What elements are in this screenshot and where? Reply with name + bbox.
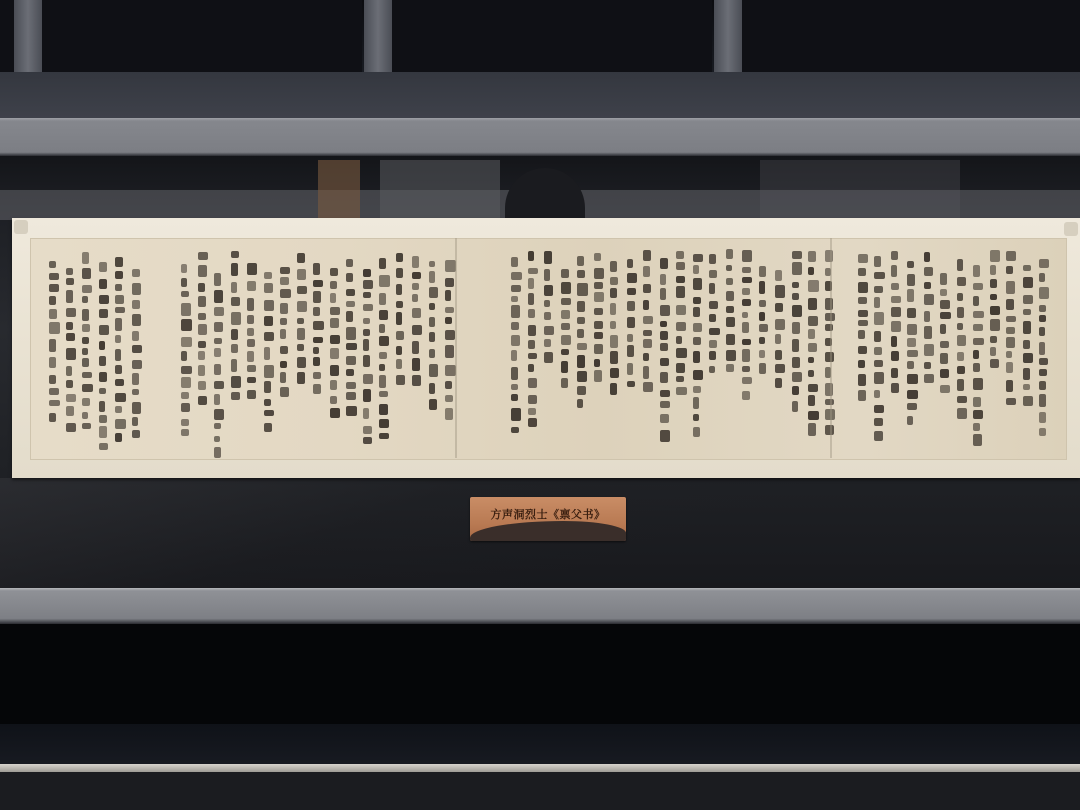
- upper-recess: [0, 0, 14, 72]
- lower-cabinet: [0, 624, 1080, 724]
- sheet-seam: [455, 238, 457, 458]
- seal-mark: [1064, 222, 1078, 236]
- upper-recess: [742, 0, 1080, 72]
- plaque-wave-decoration: [470, 521, 626, 541]
- exhibit-label-text: 方声洞烈士《禀父书》: [470, 506, 626, 522]
- letter-paper: [30, 238, 1067, 460]
- floor: [0, 772, 1080, 810]
- upper-recess: [392, 0, 712, 72]
- upper-shelf: [0, 72, 1080, 118]
- seal-mark: [14, 220, 28, 234]
- exhibit-label-plaque: 方声洞烈士《禀父书》: [470, 497, 626, 541]
- base-trim: [0, 764, 1080, 772]
- glass-reflection: [760, 160, 960, 220]
- lower-shelf: [0, 724, 1080, 764]
- bottom-frame-rail: [0, 588, 1080, 624]
- glass-reflection: [318, 160, 360, 220]
- sheet-seam: [830, 238, 832, 458]
- top-frame-rail: [0, 118, 1080, 156]
- upper-recess: [42, 0, 362, 72]
- glass-reflection: [380, 160, 500, 220]
